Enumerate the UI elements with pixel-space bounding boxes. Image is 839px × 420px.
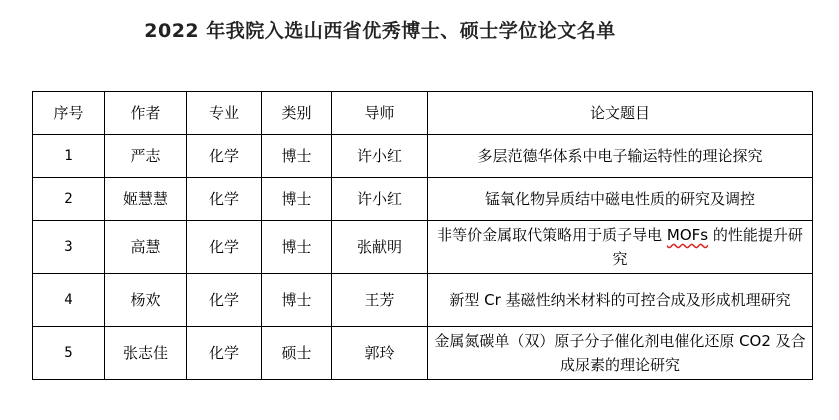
cell-no: 3 [33, 221, 105, 274]
page-title: 2022 年我院入选山西省优秀博士、硕士学位论文名单 [0, 16, 760, 43]
cell-major: 化学 [187, 178, 262, 221]
table-row: 1 严志 化学 博士 许小红 多层范德华体系中电子输运特性的理论探究 [33, 135, 813, 178]
cell-major: 化学 [187, 221, 262, 274]
cell-thesis: 非等价金属取代策略用于质子导电 MOFs 的性能提升研究 [428, 221, 813, 274]
cell-no: 1 [33, 135, 105, 178]
thesis-text-pre: 非等价金属取代策略用于质子导电 [437, 226, 667, 244]
cell-advisor: 许小红 [332, 135, 428, 178]
spellcheck-marked-word: MOFs [667, 226, 708, 244]
cell-type: 博士 [262, 221, 332, 274]
table-row: 5 张志佳 化学 硕士 郭玲 金属氮碳单（双）原子分子催化剂电催化还原 CO2 … [33, 327, 813, 380]
cell-author: 严志 [105, 135, 187, 178]
cell-type: 博士 [262, 135, 332, 178]
cell-no: 2 [33, 178, 105, 221]
header-type: 类别 [262, 92, 332, 135]
cell-thesis: 多层范德华体系中电子输运特性的理论探究 [428, 135, 813, 178]
cell-thesis: 新型 Cr 基磁性纳米材料的可控合成及形成机理研究 [428, 274, 813, 327]
header-thesis: 论文题目 [428, 92, 813, 135]
cell-author: 杨欢 [105, 274, 187, 327]
cell-thesis: 锰氧化物异质结中磁电性质的研究及调控 [428, 178, 813, 221]
table-row: 4 杨欢 化学 博士 王芳 新型 Cr 基磁性纳米材料的可控合成及形成机理研究 [33, 274, 813, 327]
cell-advisor: 郭玲 [332, 327, 428, 380]
cell-advisor: 许小红 [332, 178, 428, 221]
table-header-row: 序号 作者 专业 类别 导师 论文题目 [33, 92, 813, 135]
cell-major: 化学 [187, 274, 262, 327]
cell-type: 博士 [262, 178, 332, 221]
header-major: 专业 [187, 92, 262, 135]
header-no: 序号 [33, 92, 105, 135]
cell-author: 高慧 [105, 221, 187, 274]
cell-advisor: 王芳 [332, 274, 428, 327]
cell-no: 4 [33, 274, 105, 327]
cell-type: 硕士 [262, 327, 332, 380]
cell-thesis: 金属氮碳单（双）原子分子催化剂电催化还原 CO2 及合成尿素的理论研究 [428, 327, 813, 380]
thesis-table: 序号 作者 专业 类别 导师 论文题目 1 严志 化学 博士 许小红 多层范德华… [32, 91, 813, 380]
header-advisor: 导师 [332, 92, 428, 135]
header-author: 作者 [105, 92, 187, 135]
cell-author: 姬慧慧 [105, 178, 187, 221]
cell-major: 化学 [187, 135, 262, 178]
cell-major: 化学 [187, 327, 262, 380]
cell-type: 博士 [262, 274, 332, 327]
cell-advisor: 张献明 [332, 221, 428, 274]
table-row: 3 高慧 化学 博士 张献明 非等价金属取代策略用于质子导电 MOFs 的性能提… [33, 221, 813, 274]
cell-author: 张志佳 [105, 327, 187, 380]
table-row: 2 姬慧慧 化学 博士 许小红 锰氧化物异质结中磁电性质的研究及调控 [33, 178, 813, 221]
cell-no: 5 [33, 327, 105, 380]
